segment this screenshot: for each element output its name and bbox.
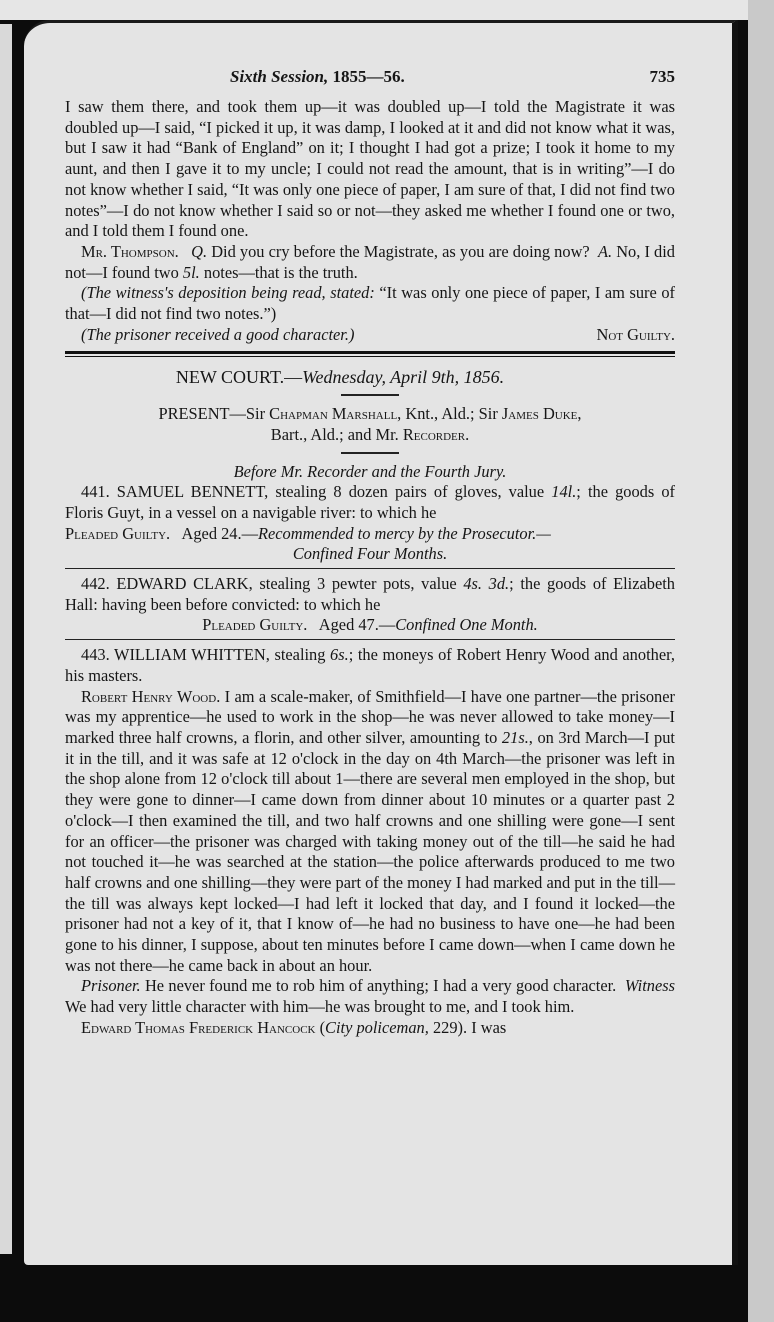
witness-testimony: Robert Henry Wood. I am a scale-maker, o…: [65, 687, 675, 977]
role-open: (: [315, 1018, 325, 1037]
present-line-1: PRESENT—Sir Chapman Marshall, Knt., Ald.…: [65, 404, 675, 425]
jury-line: Before Mr. Recorder and the Fourth Jury.: [65, 462, 675, 483]
plea: Pleaded Guilty.: [65, 524, 170, 543]
sentence-text: Confined One Month.: [395, 615, 538, 634]
role-close: 229).: [429, 1018, 467, 1037]
present-prefix: PRESENT—Sir: [159, 404, 270, 423]
charge-value: 14l.: [551, 482, 576, 501]
sentence: Confined Four Months.: [65, 544, 675, 565]
case-number: 442.: [81, 574, 110, 593]
case-charge: 443. WILLIAM WHITTEN, stealing 6s.; the …: [65, 645, 675, 686]
present-mid: , Knt., Ald.; Sir: [397, 404, 502, 423]
deposition-note: (The witness's deposition being read, st…: [65, 283, 675, 324]
sentence-text: Confined Four Months.: [293, 544, 447, 563]
official-name: Chapman Marshall: [269, 404, 397, 423]
character-note: (The prisoner received a good character.…: [81, 325, 354, 346]
present-line-2: Bart., Ald.; and Mr. Recorder.: [65, 425, 675, 446]
case-443: 443. WILLIAM WHITTEN, stealing 6s.; the …: [65, 645, 675, 1038]
page-number: 735: [650, 67, 676, 88]
witness-label: Witness: [625, 976, 675, 995]
case-442: 442. EDWARD CLARK, stealing 3 pewter pot…: [65, 574, 675, 636]
session-title: Sixth Session, 1855—56.: [230, 67, 405, 88]
charge-text: , stealing: [266, 645, 330, 664]
verdict: Not Guilty.: [596, 325, 675, 346]
present-prefix-2: Bart., Ald.; and Mr.: [271, 425, 403, 444]
case-number: 441.: [81, 482, 110, 501]
witness-name: Robert Henry Wood.: [81, 687, 220, 706]
charge-text: , stealing 8 dozen pairs of gloves, valu…: [264, 482, 551, 501]
counsel-name: Mr. Thompson.: [81, 242, 179, 261]
testimony-amount: 21s.: [502, 728, 529, 747]
scan-right-margin: [748, 0, 774, 1322]
scan-top-margin: [0, 0, 748, 20]
running-head: Sixth Session, 1855—56. 735: [65, 67, 675, 97]
present-suffix: ,: [577, 404, 581, 423]
answer-text-post: notes—that is the truth.: [200, 263, 358, 282]
question-text: Did you cry before the Magistrate, as yo…: [211, 242, 590, 261]
defendant-age: Aged 47.—: [319, 615, 395, 634]
testimony-text: I was: [467, 1018, 506, 1037]
plea: Pleaded Guilty.: [202, 615, 307, 634]
witness-role: City policeman,: [325, 1018, 429, 1037]
court-date: Wednesday, April 9th, 1856.: [302, 367, 504, 387]
section-divider-double: [65, 351, 675, 357]
witness-testimony-2: Edward Thomas Frederick Hancock (City po…: [65, 1018, 675, 1039]
question-label: Q.: [191, 242, 207, 261]
session-years: 1855—56.: [328, 67, 405, 86]
present-officials: PRESENT—Sir Chapman Marshall, Knt., Ald.…: [65, 404, 675, 445]
defendant-name: WILLIAM WHITTEN: [114, 645, 266, 664]
case-number: 443.: [81, 645, 110, 664]
cross-examination: Mr. Thompson. Q. Did you cry before the …: [65, 242, 675, 283]
case-divider: [65, 568, 675, 569]
charge-text: , stealing 3 pewter pots, value: [249, 574, 464, 593]
case-charge: 441. SAMUEL BENNETT, stealing 8 dozen pa…: [65, 482, 675, 523]
prisoner-label: Prisoner.: [81, 976, 141, 995]
witness-name: Edward Thomas Frederick Hancock: [81, 1018, 315, 1037]
court-name: NEW COURT.—: [176, 367, 302, 387]
case-outcome: Pleaded Guilty. Aged 47.—Confined One Mo…: [65, 615, 675, 636]
verdict-line: (The prisoner received a good character.…: [65, 325, 675, 346]
testimony-text: , on 3rd March—I put it in the till, and…: [65, 728, 675, 975]
official-name: Recorder.: [403, 425, 469, 444]
page-content: Sixth Session, 1855—56. 735 I saw them t…: [65, 67, 675, 1039]
document-page: Sixth Session, 1855—56. 735 I saw them t…: [24, 20, 738, 1265]
short-divider: [341, 452, 399, 454]
charge-value: 6s.: [330, 645, 349, 664]
prisoner-statement: Prisoner. He never found me to rob him o…: [65, 976, 675, 1017]
short-divider: [341, 394, 399, 396]
answer-label: A.: [598, 242, 612, 261]
defendant-name: EDWARD CLARK: [116, 574, 248, 593]
case-outcome: Pleaded Guilty. Aged 24.—Recommended to …: [65, 524, 675, 545]
jury-text: Before Mr. Recorder and the Fourth Jury.: [234, 462, 507, 481]
charge-value: 4s. 3d.: [463, 574, 509, 593]
deposition-italic: (The witness's deposition being read, st…: [81, 283, 375, 302]
defendant-name: SAMUEL BENNETT: [117, 482, 264, 501]
case-441: 441. SAMUEL BENNETT, stealing 8 dozen pa…: [65, 482, 675, 565]
testimony-paragraph: I saw them there, and took them up—it wa…: [65, 97, 675, 242]
answer-amount: 5l.: [183, 263, 200, 282]
recommendation: Recommended to mercy by the Prosecutor.—: [258, 524, 551, 543]
witness-reply: We had very little character with him—he…: [65, 997, 574, 1016]
case-divider: [65, 639, 675, 640]
session-title-italic: Sixth Session,: [230, 67, 328, 86]
defendant-age: Aged 24.—: [182, 524, 258, 543]
facing-page-edge: [0, 24, 12, 1254]
court-heading: NEW COURT.—Wednesday, April 9th, 1856.: [5, 367, 675, 388]
prisoner-text: He never found me to rob him of anything…: [141, 976, 617, 995]
official-name: James Duke: [502, 404, 577, 423]
case-charge: 442. EDWARD CLARK, stealing 3 pewter pot…: [65, 574, 675, 615]
